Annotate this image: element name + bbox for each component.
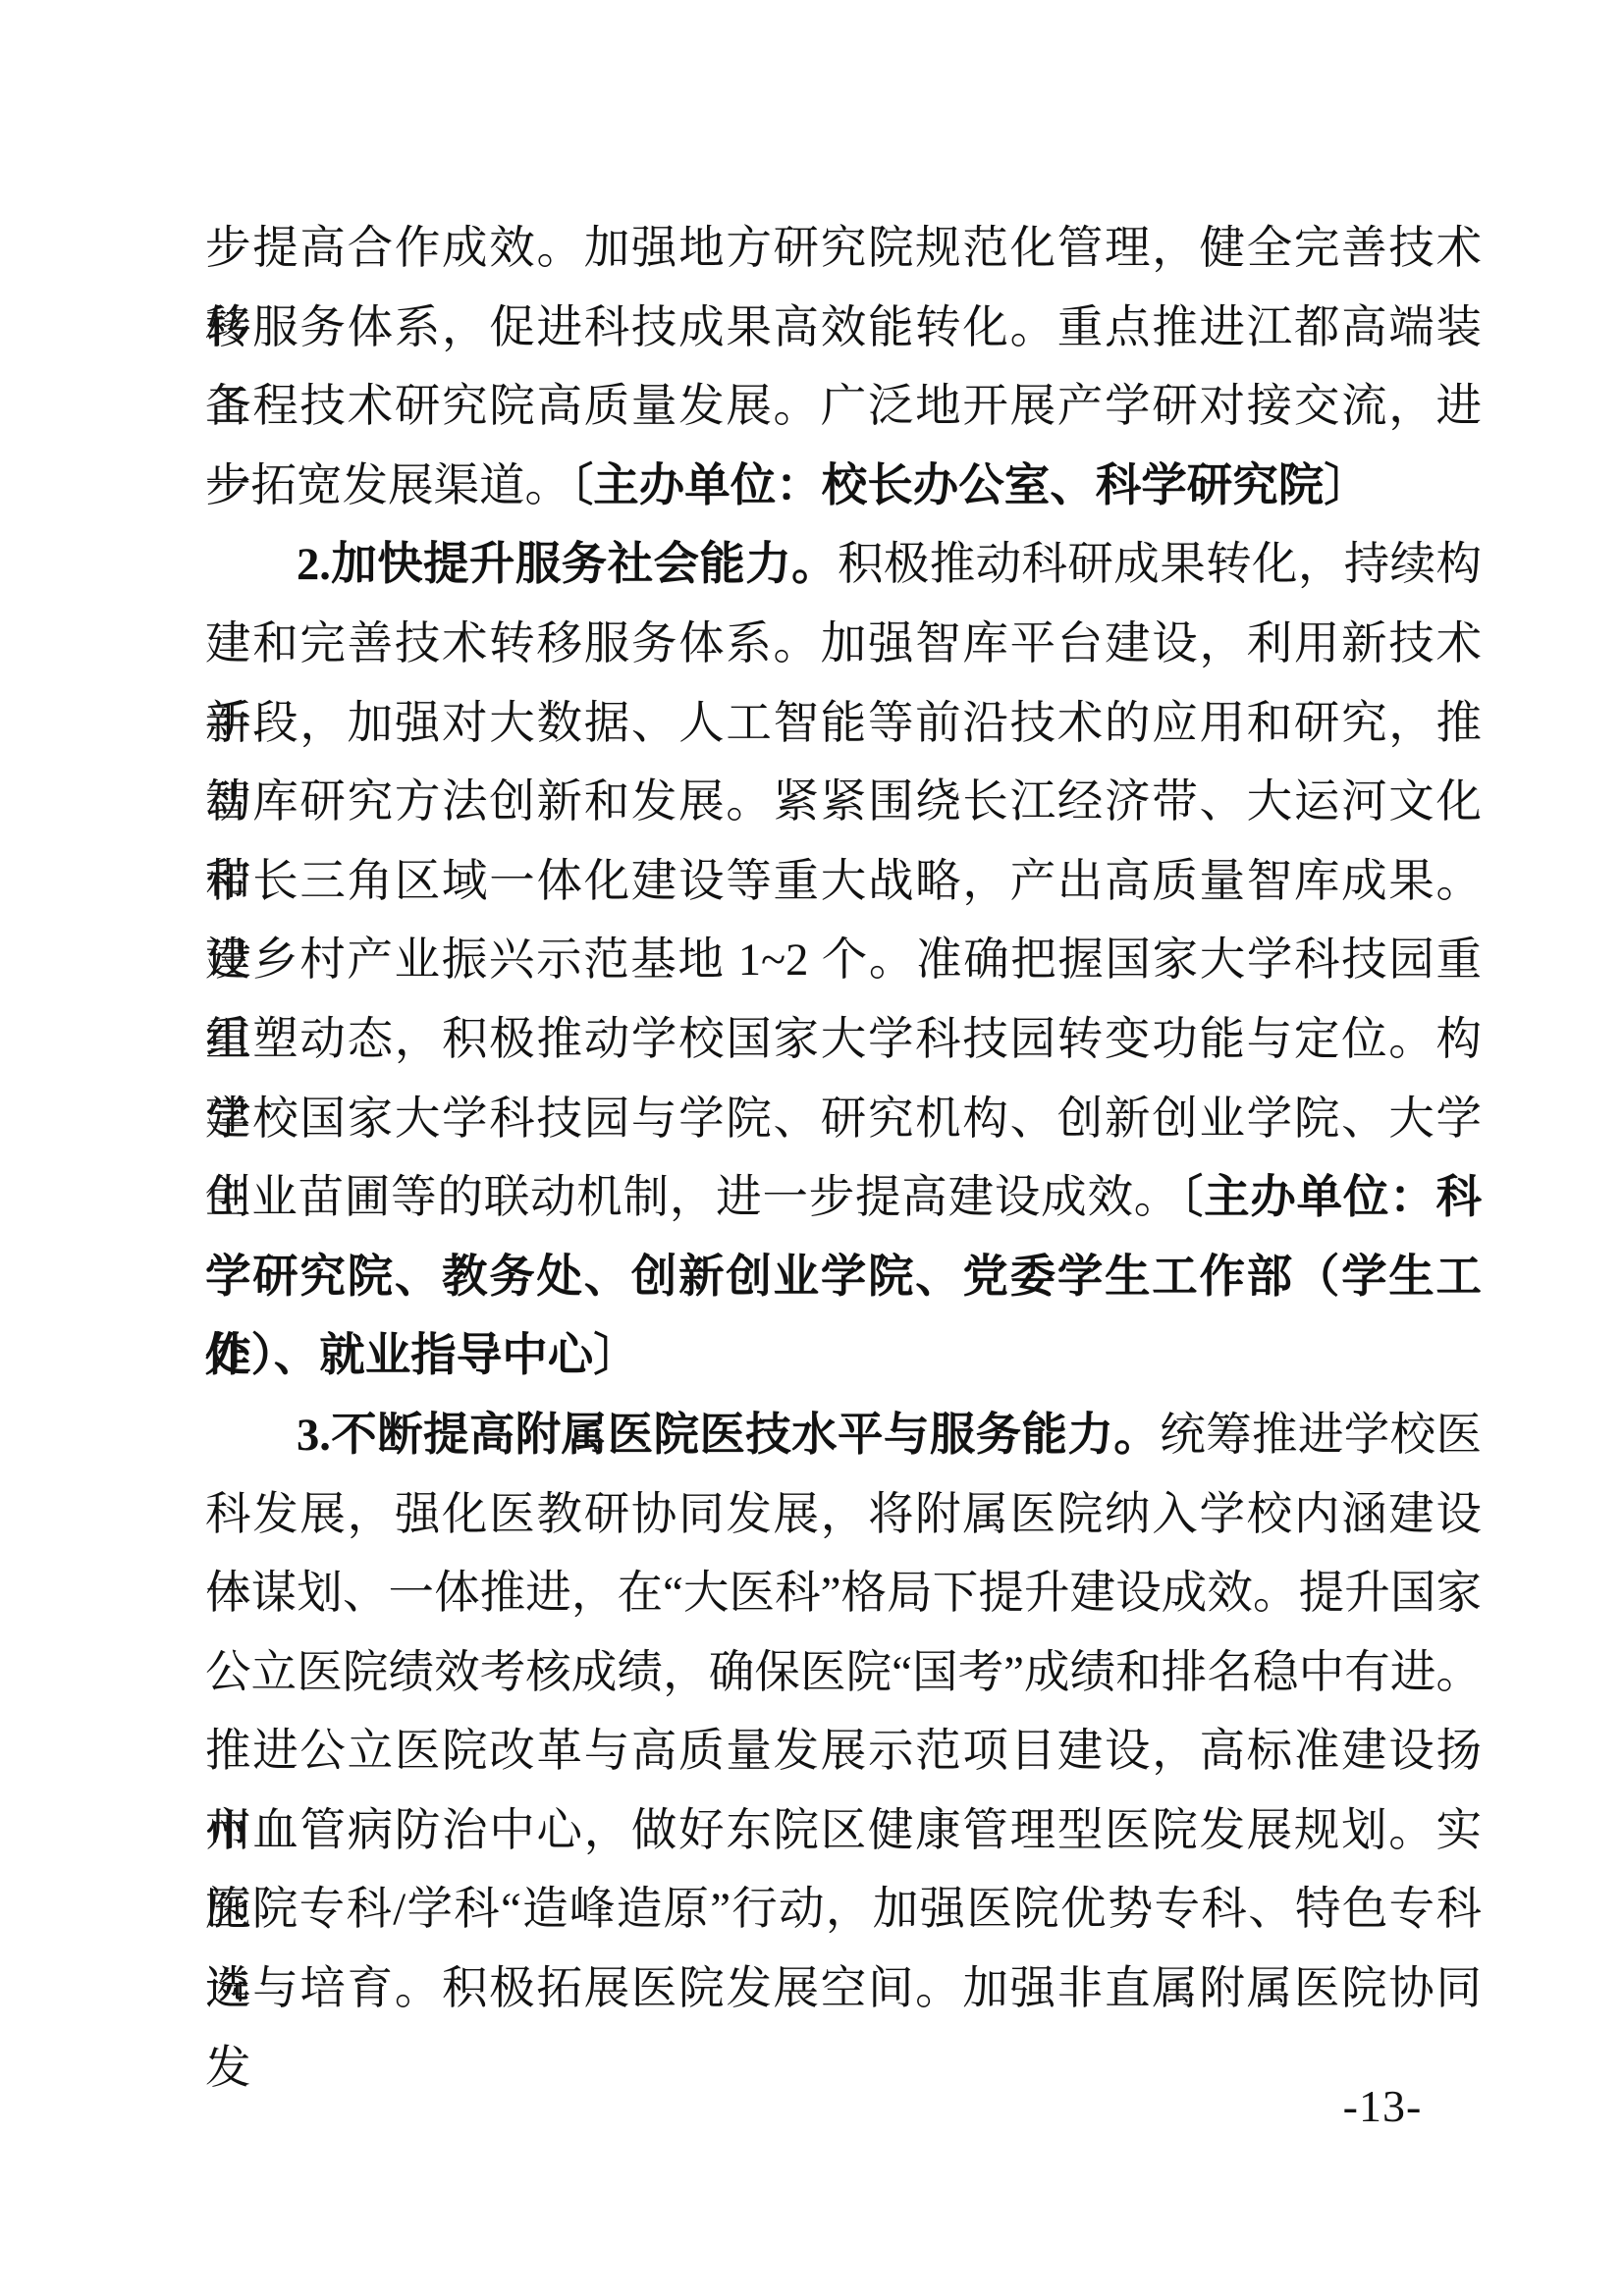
text-segment: 〔主办单位：科 [1180, 1173, 1482, 1223]
text-segment: 体谋划、一体推进，在“大医科”格局下提升建设成效。提升国家 [205, 1569, 1482, 1619]
text-line: 工程技术研究院高质量发展。广泛地开展产学研对接交流，进一 [205, 368, 1482, 448]
document-page: 步提高合作成效。加强地方研究院规范化管理，健全完善技术转移服务体系，促进科技成果… [0, 0, 1624, 2296]
text-line: 学研究院、教务处、创新创业学院、党委学生工作部（学生工作 [205, 1239, 1482, 1318]
text-line: 公立医院绩效考核成绩，确保医院“国考”成绩和排名稳中有进。 [205, 1634, 1482, 1714]
text-segment: 创业苗圃等的联动机制，进一步提高建设成效。 [205, 1173, 1180, 1223]
text-line: 科发展，强化医教研协同发展，将附属医院纳入学校内涵建设一 [205, 1476, 1482, 1556]
text-line: 建和完善技术转移服务体系。加强智库平台建设，利用新技术新 [205, 606, 1482, 685]
text-line: 选与培育。积极拓展医院发展空间。加强非直属附属医院协同发 [205, 1950, 1482, 2030]
text-line: 智库研究方法创新和发展。紧紧围绕长江经济带、大运河文化带 [205, 764, 1482, 843]
text-segment: 2.加快提升服务社会能力。 [297, 540, 838, 590]
text-line: 市血管病防治中心，做好东院区健康管理型医院发展规划。实施 [205, 1792, 1482, 1872]
text-segment: 统筹推进学校医 [1160, 1411, 1482, 1461]
text-line: 体谋划、一体推进，在“大医科”格局下提升建设成效。提升国家 [205, 1555, 1482, 1634]
text-line: 重塑动态，积极推动学校国家大学科技园转变功能与定位。构建 [205, 1001, 1482, 1081]
text-segment: 选与培育。积极拓展医院发展空间。加强非直属附属医院协同发 [205, 1964, 1482, 2094]
text-line: 步拓宽发展渠道。〔主办单位：校长办公室、科学研究院〕 [205, 448, 1482, 527]
text-line: 学校国家大学科技园与学院、研究机构、创新创业学院、大学生 [205, 1081, 1482, 1160]
text-line: 手段，加强对大数据、人工智能等前沿技术的应用和研究，推动 [205, 685, 1482, 765]
text-segment: 积极推动科研成果转化，持续构 [838, 540, 1482, 590]
text-segment: 公立医院绩效考核成绩，确保医院“国考”成绩和排名稳中有进。 [205, 1648, 1482, 1698]
text-segment: 〔主办单位：校长办公室、科学研究院〕 [570, 461, 1370, 511]
text-line: 推进公立医院改革与高质量发展示范项目建设，高标准建设扬州 [205, 1713, 1482, 1792]
text-line: 3.不断提高附属医院医技水平与服务能力。统筹推进学校医 [205, 1397, 1482, 1476]
text-segment: 处）、就业指导中心〕 [205, 1331, 639, 1381]
text-line: 设乡村产业振兴示范基地 1~2 个。准确把握国家大学科技园重组 [205, 922, 1482, 1001]
text-segment: 3.不断提高附属医院医技水平与服务能力。 [297, 1411, 1160, 1461]
text-segment: 步拓宽发展渠道。 [205, 461, 570, 511]
body-text: 步提高合作成效。加强地方研究院规范化管理，健全完善技术转移服务体系，促进科技成果… [205, 210, 1482, 2030]
text-line: 2.加快提升服务社会能力。积极推动科研成果转化，持续构 [205, 526, 1482, 606]
text-line: 步提高合作成效。加强地方研究院规范化管理，健全完善技术转 [205, 210, 1482, 290]
text-line: 和长三角区域一体化建设等重大战略，产出高质量智库成果。建 [205, 843, 1482, 923]
text-line: 移服务体系，促进科技成果高效能转化。重点推进江都高端装备 [205, 290, 1482, 369]
text-line: 处）、就业指导中心〕 [205, 1317, 1482, 1397]
text-line: 医院专科/学科“造峰造原”行动，加强医院优势专科、特色专科遴 [205, 1871, 1482, 1950]
page-number: -13- [1333, 2067, 1432, 2146]
text-line: 创业苗圃等的联动机制，进一步提高建设成效。〔主办单位：科 [205, 1159, 1482, 1239]
